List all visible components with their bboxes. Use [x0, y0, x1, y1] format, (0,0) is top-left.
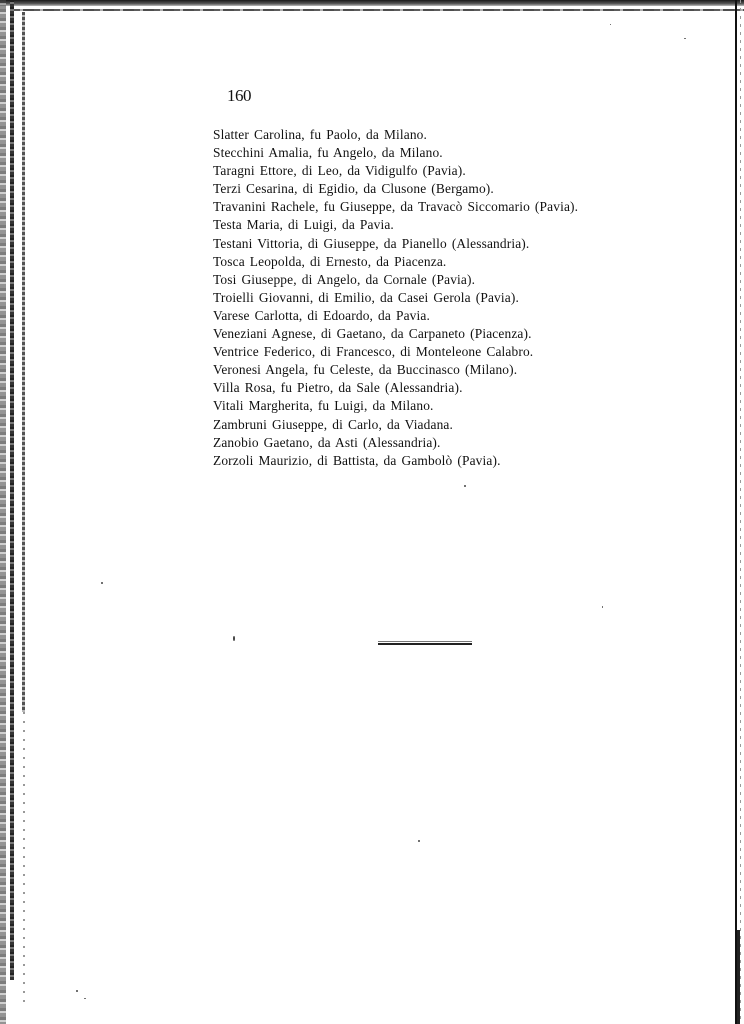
- list-entry: Terzi Cesarina, di Egidio, da Clusone (B…: [213, 180, 578, 198]
- list-entry: Stecchini Amalia, fu Angelo, da Milano.: [213, 144, 578, 162]
- scan-speck: [418, 840, 420, 842]
- page-number: 160: [227, 86, 251, 106]
- scan-speck: [464, 485, 466, 487]
- scan-speck: [610, 24, 611, 25]
- section-end-rule: [378, 641, 472, 645]
- scan-right-edge: [735, 0, 737, 1024]
- rule-line-thin: [378, 641, 472, 642]
- scan-left-edge: [0, 0, 6, 1024]
- list-entry: Zambruni Giuseppe, di Carlo, da Viadana.: [213, 416, 578, 434]
- list-entry: Veneziani Agnese, di Gaetano, da Carpane…: [213, 325, 578, 343]
- scan-left-inner-edge: [22, 12, 25, 712]
- scan-speck: [602, 606, 603, 608]
- scan-top-edge: [0, 0, 744, 6]
- list-entry: Slatter Carolina, fu Paolo, da Milano.: [213, 126, 578, 144]
- scan-speck: [684, 38, 686, 39]
- list-entry: Testani Vittoria, di Giuseppe, da Pianel…: [213, 235, 578, 253]
- scan-speck: [76, 990, 78, 992]
- list-entry: Travanini Rachele, fu Giuseppe, da Trava…: [213, 198, 578, 216]
- scan-left-binding: [10, 0, 14, 980]
- scan-top-rule: [14, 9, 744, 11]
- scan-right-edge-shadow: [740, 0, 741, 1024]
- list-entry: Zorzoli Maurizio, di Battista, da Gambol…: [213, 452, 578, 470]
- list-entry: Villa Rosa, fu Pietro, da Sale (Alessand…: [213, 379, 578, 397]
- name-list: Slatter Carolina, fu Paolo, da Milano. S…: [213, 126, 578, 470]
- list-entry: Zanobio Gaetano, da Asti (Alessandria).: [213, 434, 578, 452]
- list-entry: Vitali Margherita, fu Luigi, da Milano.: [213, 397, 578, 415]
- scan-speck: [101, 582, 103, 584]
- list-entry: Tosca Leopolda, di Ernesto, da Piacenza.: [213, 253, 578, 271]
- list-entry: Ventrice Federico, di Francesco, di Mont…: [213, 343, 578, 361]
- scan-speck: [233, 636, 235, 641]
- rule-line-thick: [378, 643, 472, 645]
- list-entry: Veronesi Angela, fu Celeste, da Buccinas…: [213, 361, 578, 379]
- list-entry: Testa Maria, di Luigi, da Pavia.: [213, 216, 578, 234]
- list-entry: Tosi Giuseppe, di Angelo, da Cornale (Pa…: [213, 271, 578, 289]
- list-entry: Varese Carlotta, di Edoardo, da Pavia.: [213, 307, 578, 325]
- scan-left-inner-fade: [23, 712, 25, 1002]
- list-entry: Troielli Giovanni, di Emilio, da Casei G…: [213, 289, 578, 307]
- scan-speck: [84, 998, 86, 999]
- list-entry: Taragni Ettore, di Leo, da Vidigulfo (Pa…: [213, 162, 578, 180]
